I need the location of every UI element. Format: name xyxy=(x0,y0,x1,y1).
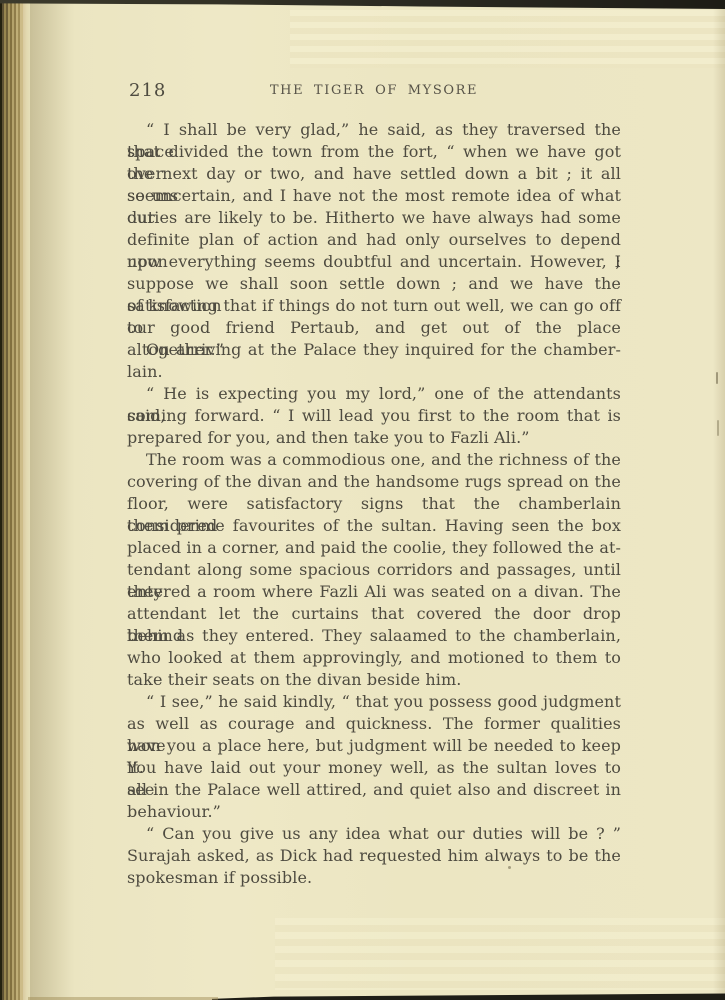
scan-dark-edge-top xyxy=(0,0,725,9)
text-line: coming forward. “ I will lead you first … xyxy=(127,405,621,427)
text-line: that divided the town from the fort, “ w… xyxy=(127,141,621,163)
paragraph: The room was a commodious one, and the r… xyxy=(127,449,621,691)
scan-artifact-dash xyxy=(717,420,719,436)
text-line: covering of the divan and the handsome r… xyxy=(127,471,621,493)
paragraph: “ He is expecting you my lord,” one of t… xyxy=(127,383,621,449)
text-line: floor, were satisfactory signs that the … xyxy=(127,493,621,515)
text-line: behaviour.” xyxy=(127,801,621,823)
running-title: THE TIGER OF MYSORE xyxy=(127,83,621,98)
text-line: “ He is expecting you my lord,” one of t… xyxy=(127,383,621,405)
page-curl-highlight-bottom xyxy=(275,918,725,990)
text-line: lain. xyxy=(127,361,621,383)
paragraph: “ I shall be very glad,” he said, as the… xyxy=(127,119,621,339)
text-line: duties are likely to be. Hitherto we hav… xyxy=(127,207,621,229)
text-line: who looked at them approvingly, and moti… xyxy=(127,647,621,669)
text-line: prepared for you, and then take you to F… xyxy=(127,427,621,449)
spine-shadow xyxy=(30,0,75,1000)
text-line: “ Can you give us any idea what our duti… xyxy=(127,823,621,845)
text-line: them as they entered. They salaamed to t… xyxy=(127,625,621,647)
text-line: as well as courage and quickness. The fo… xyxy=(127,713,621,735)
text-line: spokesman if possible. xyxy=(127,867,621,889)
text-line: of knowing that if things do not turn ou… xyxy=(127,295,621,317)
page-curl-highlight-top xyxy=(290,10,725,68)
text-line: now everything seems doubtful and uncert… xyxy=(127,251,621,273)
text-line: take their seats on the divan beside him… xyxy=(127,669,621,691)
text-line: Surajah asked, as Dick had requested him… xyxy=(127,845,621,867)
text-line: won you a place here, but judgment will … xyxy=(127,735,621,757)
text-line: tendant along some spacious corridors an… xyxy=(127,559,621,581)
text-line: attendant let the curtains that covered … xyxy=(127,603,621,625)
text-line: The room was a commodious one, and the r… xyxy=(127,449,621,471)
book-page-scan: 218 THE TIGER OF MYSORE “ I shall be ver… xyxy=(0,0,725,1000)
scan-dark-edge-bottom xyxy=(212,991,725,1000)
scan-artifact-dash xyxy=(716,372,718,384)
paragraph: “ I see,” he said kindly, “ that you pos… xyxy=(127,691,621,823)
text-line: all in the Palace well attired, and quie… xyxy=(127,779,621,801)
running-header: 218 THE TIGER OF MYSORE xyxy=(127,80,621,102)
text-line: On arriving at the Palace they inquired … xyxy=(127,339,621,361)
paragraph: On arriving at the Palace they inquired … xyxy=(127,339,621,383)
text-line: placed in a corner, and paid the coolie,… xyxy=(127,537,621,559)
text-line: suppose we shall soon settle down ; and … xyxy=(127,273,621,295)
scan-artifact-speck xyxy=(260,524,262,526)
scan-artifact-speck xyxy=(508,866,511,869)
text-line: them prime favourites of the sultan. Hav… xyxy=(127,515,621,537)
text-line: “ I see,” he said kindly, “ that you pos… xyxy=(127,691,621,713)
text-line: definite plan of action and had only our… xyxy=(127,229,621,251)
text-line: so uncertain, and I have not the most re… xyxy=(127,185,621,207)
paragraph: “ Can you give us any idea what our duti… xyxy=(127,823,621,889)
text-line: entered a room where Fazli Ali was seate… xyxy=(127,581,621,603)
text-line: our good friend Pertaub, and get out of … xyxy=(127,317,621,339)
book-spine-page-edges xyxy=(0,0,30,1000)
text-line: the next day or two, and have settled do… xyxy=(127,163,621,185)
text-line: “ I shall be very glad,” he said, as the… xyxy=(127,119,621,141)
page-right-shade xyxy=(713,0,725,1000)
text-line: You have laid out your money well, as th… xyxy=(127,757,621,779)
body-text: “ I shall be very glad,” he said, as the… xyxy=(127,119,621,889)
